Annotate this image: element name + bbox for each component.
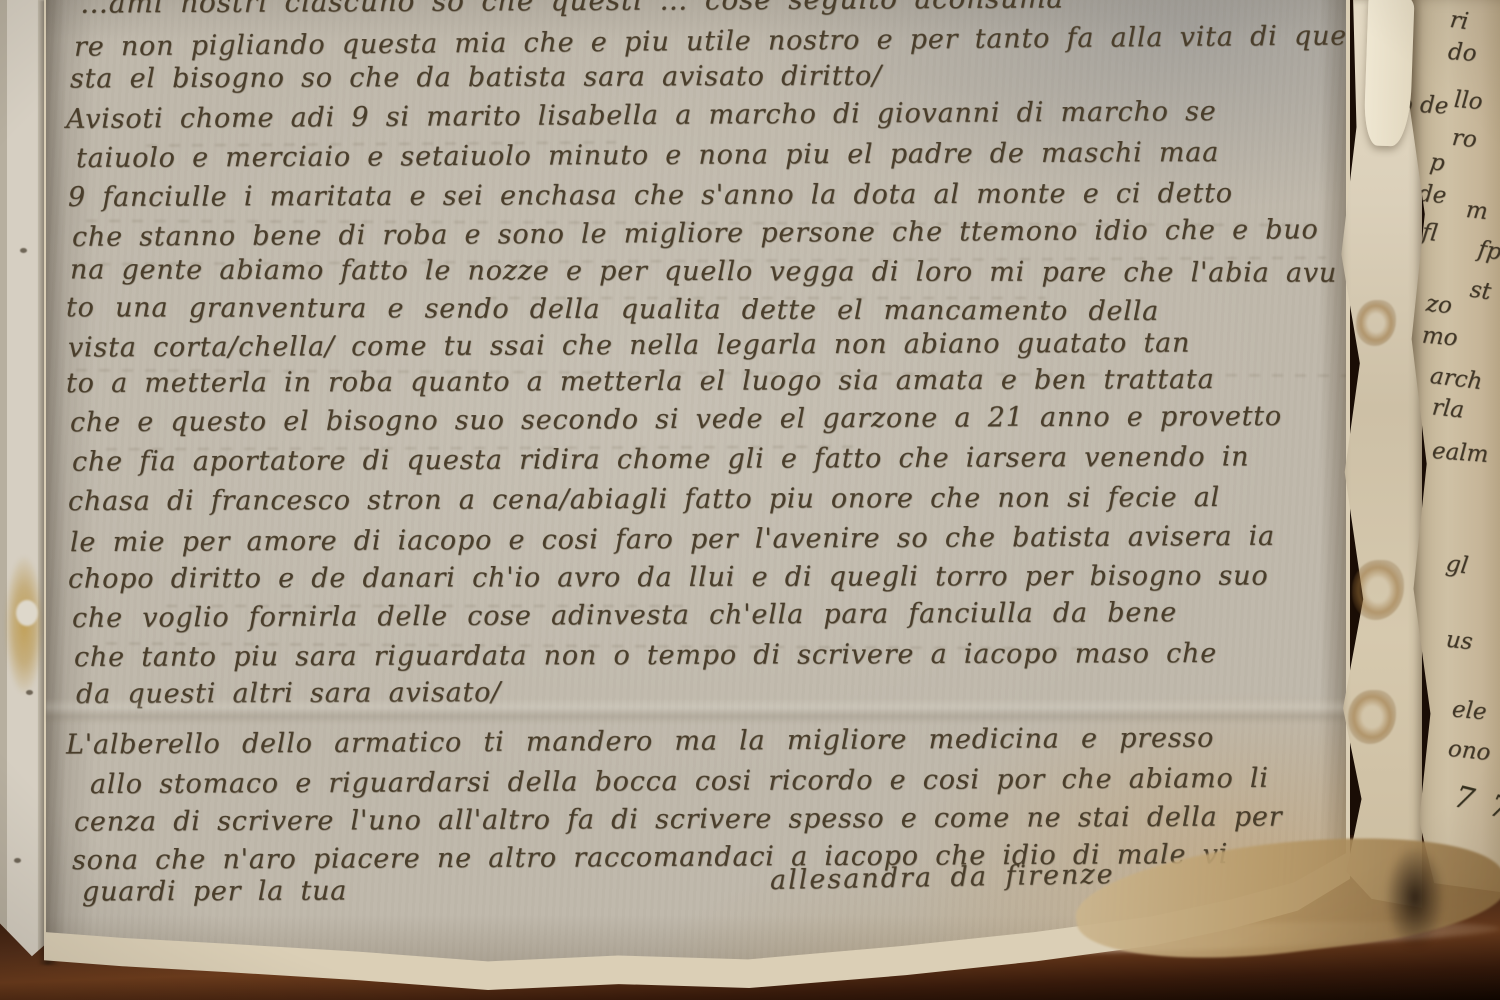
text-fragment: m xyxy=(1465,197,1489,225)
handwritten-line: vista corta/chella/ come tu ssai che nel… xyxy=(68,328,1190,364)
text-fragment: rla xyxy=(1431,394,1466,423)
handwritten-line: to a metterla in roba quanto a metterla … xyxy=(66,364,1215,399)
text-fragment: ro xyxy=(1451,125,1478,153)
ink-show-through xyxy=(106,642,1086,649)
manuscript-page: …ami nostri ciascuno so che questi … cos… xyxy=(46,0,1346,975)
text-fragment: ele xyxy=(1451,697,1488,726)
ink-show-through xyxy=(76,369,1356,377)
text-fragment: ono xyxy=(1447,736,1492,766)
handwritten-line: che tanto piu sara riguardata non o temp… xyxy=(74,638,1217,673)
handwritten-line: che fia aportatore di questa ridira chom… xyxy=(72,441,1249,477)
text-fragment: zo xyxy=(1425,291,1454,320)
ink-show-through xyxy=(86,220,1316,226)
handwritten-line: re non pigliando questa mia che e piu ut… xyxy=(74,20,1347,62)
text-fragment: us xyxy=(1445,627,1474,656)
handwritten-line: che stanno bene di roba e sono le miglio… xyxy=(72,214,1319,253)
text-fragment: fp xyxy=(1476,236,1500,265)
handwritten-line: taiuolo e merciaio e setaiuolo minuto e … xyxy=(76,137,1219,174)
handwritten-line: allo stomaco e riguardarsi della bocca c… xyxy=(90,763,1269,800)
manuscript-photo: …ami nostri ciascuno so che questi … cos… xyxy=(0,0,1500,1000)
paper-stain-core xyxy=(16,600,38,626)
ink-show-through xyxy=(486,297,1046,299)
handwritten-line: che e questo el bisogno suo secondo si v… xyxy=(70,401,1282,438)
ink-speck xyxy=(14,858,21,863)
text-fragment: arch xyxy=(1429,363,1484,395)
text-fragment: fl xyxy=(1420,219,1438,247)
text-fragment: ealm xyxy=(1431,438,1489,468)
ink-show-through xyxy=(166,605,686,607)
page-gap-shadow xyxy=(1385,845,1445,950)
ink-speck xyxy=(26,690,33,695)
ink-show-through xyxy=(106,446,866,451)
handwritten-line: chasa di francesco stron a cena/abiagli … xyxy=(68,482,1220,517)
handwritten-line: L'alberello dello armatico ti mandero ma… xyxy=(66,722,1214,760)
handwritten-line: sta el bisogno so che da batista sara av… xyxy=(70,61,882,95)
handwritten-line: le mie per amore di iacopo e cosi faro p… xyxy=(70,521,1275,558)
handwritten-line: chopo diritto e de danari ch'io avro da … xyxy=(68,560,1269,594)
text-fragment: gl xyxy=(1444,551,1469,580)
handwritten-line: 9 fanciulle i maritata e sei enchasa che… xyxy=(68,178,1233,213)
handwritten-line: cenza di scrivere l'uno all'altro fa di … xyxy=(74,801,1283,837)
ink-show-through xyxy=(146,141,616,146)
text-fragment: ri xyxy=(1448,7,1470,35)
ink-speck xyxy=(20,248,27,253)
text-fragment: p xyxy=(1428,149,1446,177)
text-fragment: do xyxy=(1447,39,1477,67)
page-number-fragment: 7 7 xyxy=(1451,779,1500,827)
paper-fold-crease xyxy=(46,698,1346,724)
handwritten-line: to una granventura e sendo della qualita… xyxy=(66,292,1159,327)
handwritten-line: guardi per la tua xyxy=(82,876,347,908)
handwritten-line: che voglio fornirla delle cose adinvesta… xyxy=(72,597,1177,634)
signature: allesandra da firenze xyxy=(770,859,1115,896)
handwritten-line: na gente abiamo fatto le nozze e per que… xyxy=(70,254,1337,288)
text-fragment: st xyxy=(1468,277,1492,306)
text-fragment: mo xyxy=(1421,322,1459,351)
ink-show-through xyxy=(76,257,1326,266)
handwritten-line: Avisoti chome adi 9 si marito lisabella … xyxy=(66,96,1217,135)
text-fragment: llo xyxy=(1453,87,1484,115)
handwritten-line: sona che n'aro piacere ne altro raccoman… xyxy=(72,839,1228,876)
handwritten-line: …ami nostri ciascuno so che questi … cos… xyxy=(80,0,1064,20)
